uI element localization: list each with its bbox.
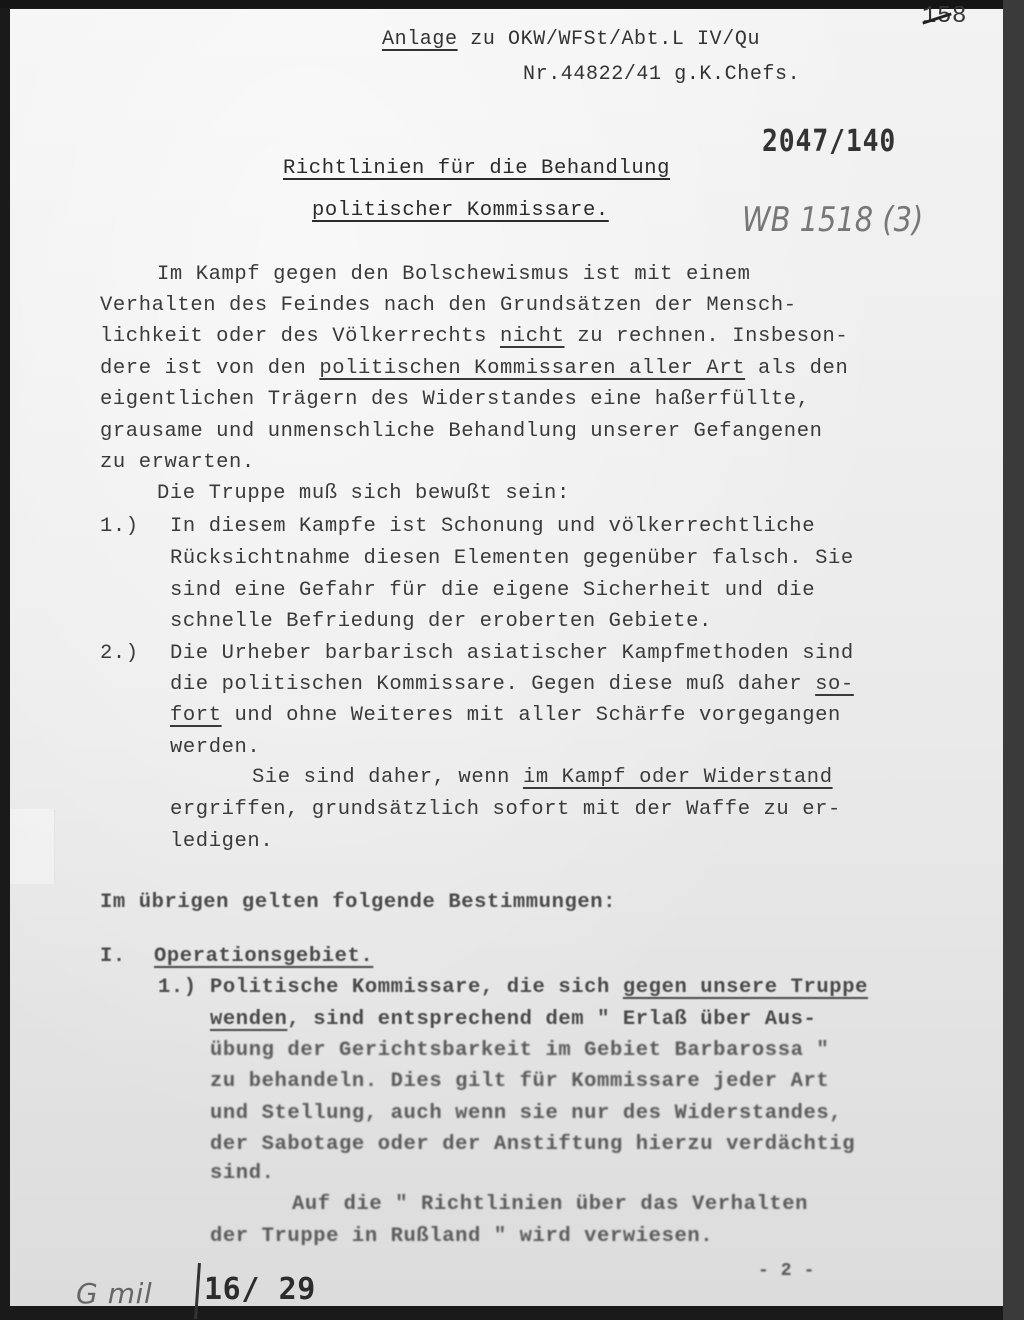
reference-line: der Truppe in Rußland " wird verwiesen. <box>210 1227 713 1248</box>
intro-line: zu erwarten. <box>100 453 255 474</box>
consequence-line: ledigen. <box>170 832 273 853</box>
emphasis-wenden: wenden <box>210 1008 287 1031</box>
intro-line: Im Kampf gegen den Bolschewismus ist mit… <box>157 265 751 286</box>
section-line: wenden, sind entsprechend dem " Erlaß üb… <box>210 1010 816 1031</box>
consequence-line: ergriffen, grundsätzlich sofort mit der … <box>170 800 841 821</box>
section-line: zu behandeln. Dies gilt für Kommissare j… <box>210 1072 829 1093</box>
emphasis-nicht: nicht <box>500 325 565 348</box>
truppe-intro: Die Truppe muß sich bewußt sein: <box>157 484 570 505</box>
point-line: sind eine Gefahr für die eigene Sicherhe… <box>170 581 815 602</box>
point-line: Rücksichtnahme diesen Elementen gegenübe… <box>170 549 854 570</box>
section-line: übung der Gerichtsbarkeit im Gebiet Barb… <box>210 1041 829 1062</box>
scan-border-right <box>1003 0 1024 1320</box>
emphasis-kommissare: politischen Kommissaren aller Art <box>319 357 745 380</box>
point-line: fort und ohne Weiteres mit aller Schärfe… <box>170 706 841 727</box>
point-number: 1.) <box>100 517 139 538</box>
emphasis-gegen-truppe: gegen unsere Truppe <box>623 976 868 999</box>
section-item-number: 1.) <box>158 978 197 999</box>
emphasis-sofort: fort <box>170 704 222 727</box>
bestimmungen-heading: Im übrigen gelten folgende Bestimmungen: <box>100 893 616 914</box>
point-line: werden. <box>170 738 260 759</box>
handwritten-reference: WB 1518 (3) <box>742 203 923 237</box>
intro-line: eigentlichen Trägern des Widerstandes ei… <box>100 390 810 411</box>
point-line: schnelle Befriedung der eroberten Gebiet… <box>170 612 712 633</box>
point-number: 2.) <box>100 644 139 665</box>
document-title-line2: politischer Kommissare. <box>312 201 609 222</box>
scan-border-top <box>0 0 1024 8</box>
section-line: sind. <box>210 1164 275 1185</box>
emphasis-sofort: so- <box>815 673 854 696</box>
header-reference-line1: Anlage zu OKW/WFSt/Abt.L IV/Qu <box>382 30 760 50</box>
section-line: Politische Kommissare, die sich gegen un… <box>210 978 868 999</box>
page-number: - 2 - <box>758 1262 815 1280</box>
archive-slash-mark <box>194 1263 201 1319</box>
section-line: und Stellung, auch wenn sie nur des Wide… <box>210 1104 842 1125</box>
intro-line: lichkeit oder des Völkerrechts nicht zu … <box>100 327 848 348</box>
archive-number: 16/ 29 <box>204 1275 316 1305</box>
consequence-line: Sie sind daher, wenn im Kampf oder Wider… <box>252 768 833 789</box>
header-reference-line2: Nr.44822/41 g.K.Chefs. <box>523 65 800 85</box>
intro-line: dere ist von den politischen Kommissaren… <box>100 359 848 380</box>
section-line: der Sabotage oder der Anstiftung hierzu … <box>210 1135 855 1156</box>
header-anlage: Anlage <box>382 28 458 51</box>
stamp-number: 2047/140 <box>762 127 896 157</box>
point-line: die politischen Kommissare. Gegen diese … <box>170 675 854 696</box>
intro-line: Verhalten des Feindes nach den Grundsätz… <box>100 296 797 317</box>
emphasis-kampf-widerstand: im Kampf oder Widerstand <box>523 766 833 789</box>
intro-line: grausame und unmenschliche Behandlung un… <box>100 422 823 443</box>
paper-fold-mark <box>10 809 55 884</box>
reference-line: Auf die " Richtlinien über das Verhalten <box>292 1195 808 1216</box>
document-title-line1: Richtlinien für die Behandlung <box>283 159 670 180</box>
document-page: 158 Anlage zu OKW/WFSt/Abt.L IV/Qu Nr.44… <box>10 9 1003 1306</box>
point-line: Die Urheber barbarisch asiatischer Kampf… <box>170 644 854 665</box>
point-line: In diesem Kampfe ist Schonung und völker… <box>170 517 815 538</box>
archive-handwritten-mark: G mil <box>76 1280 152 1308</box>
section-number: I. <box>100 947 126 968</box>
section-heading: Operationsgebiet. <box>154 947 373 968</box>
